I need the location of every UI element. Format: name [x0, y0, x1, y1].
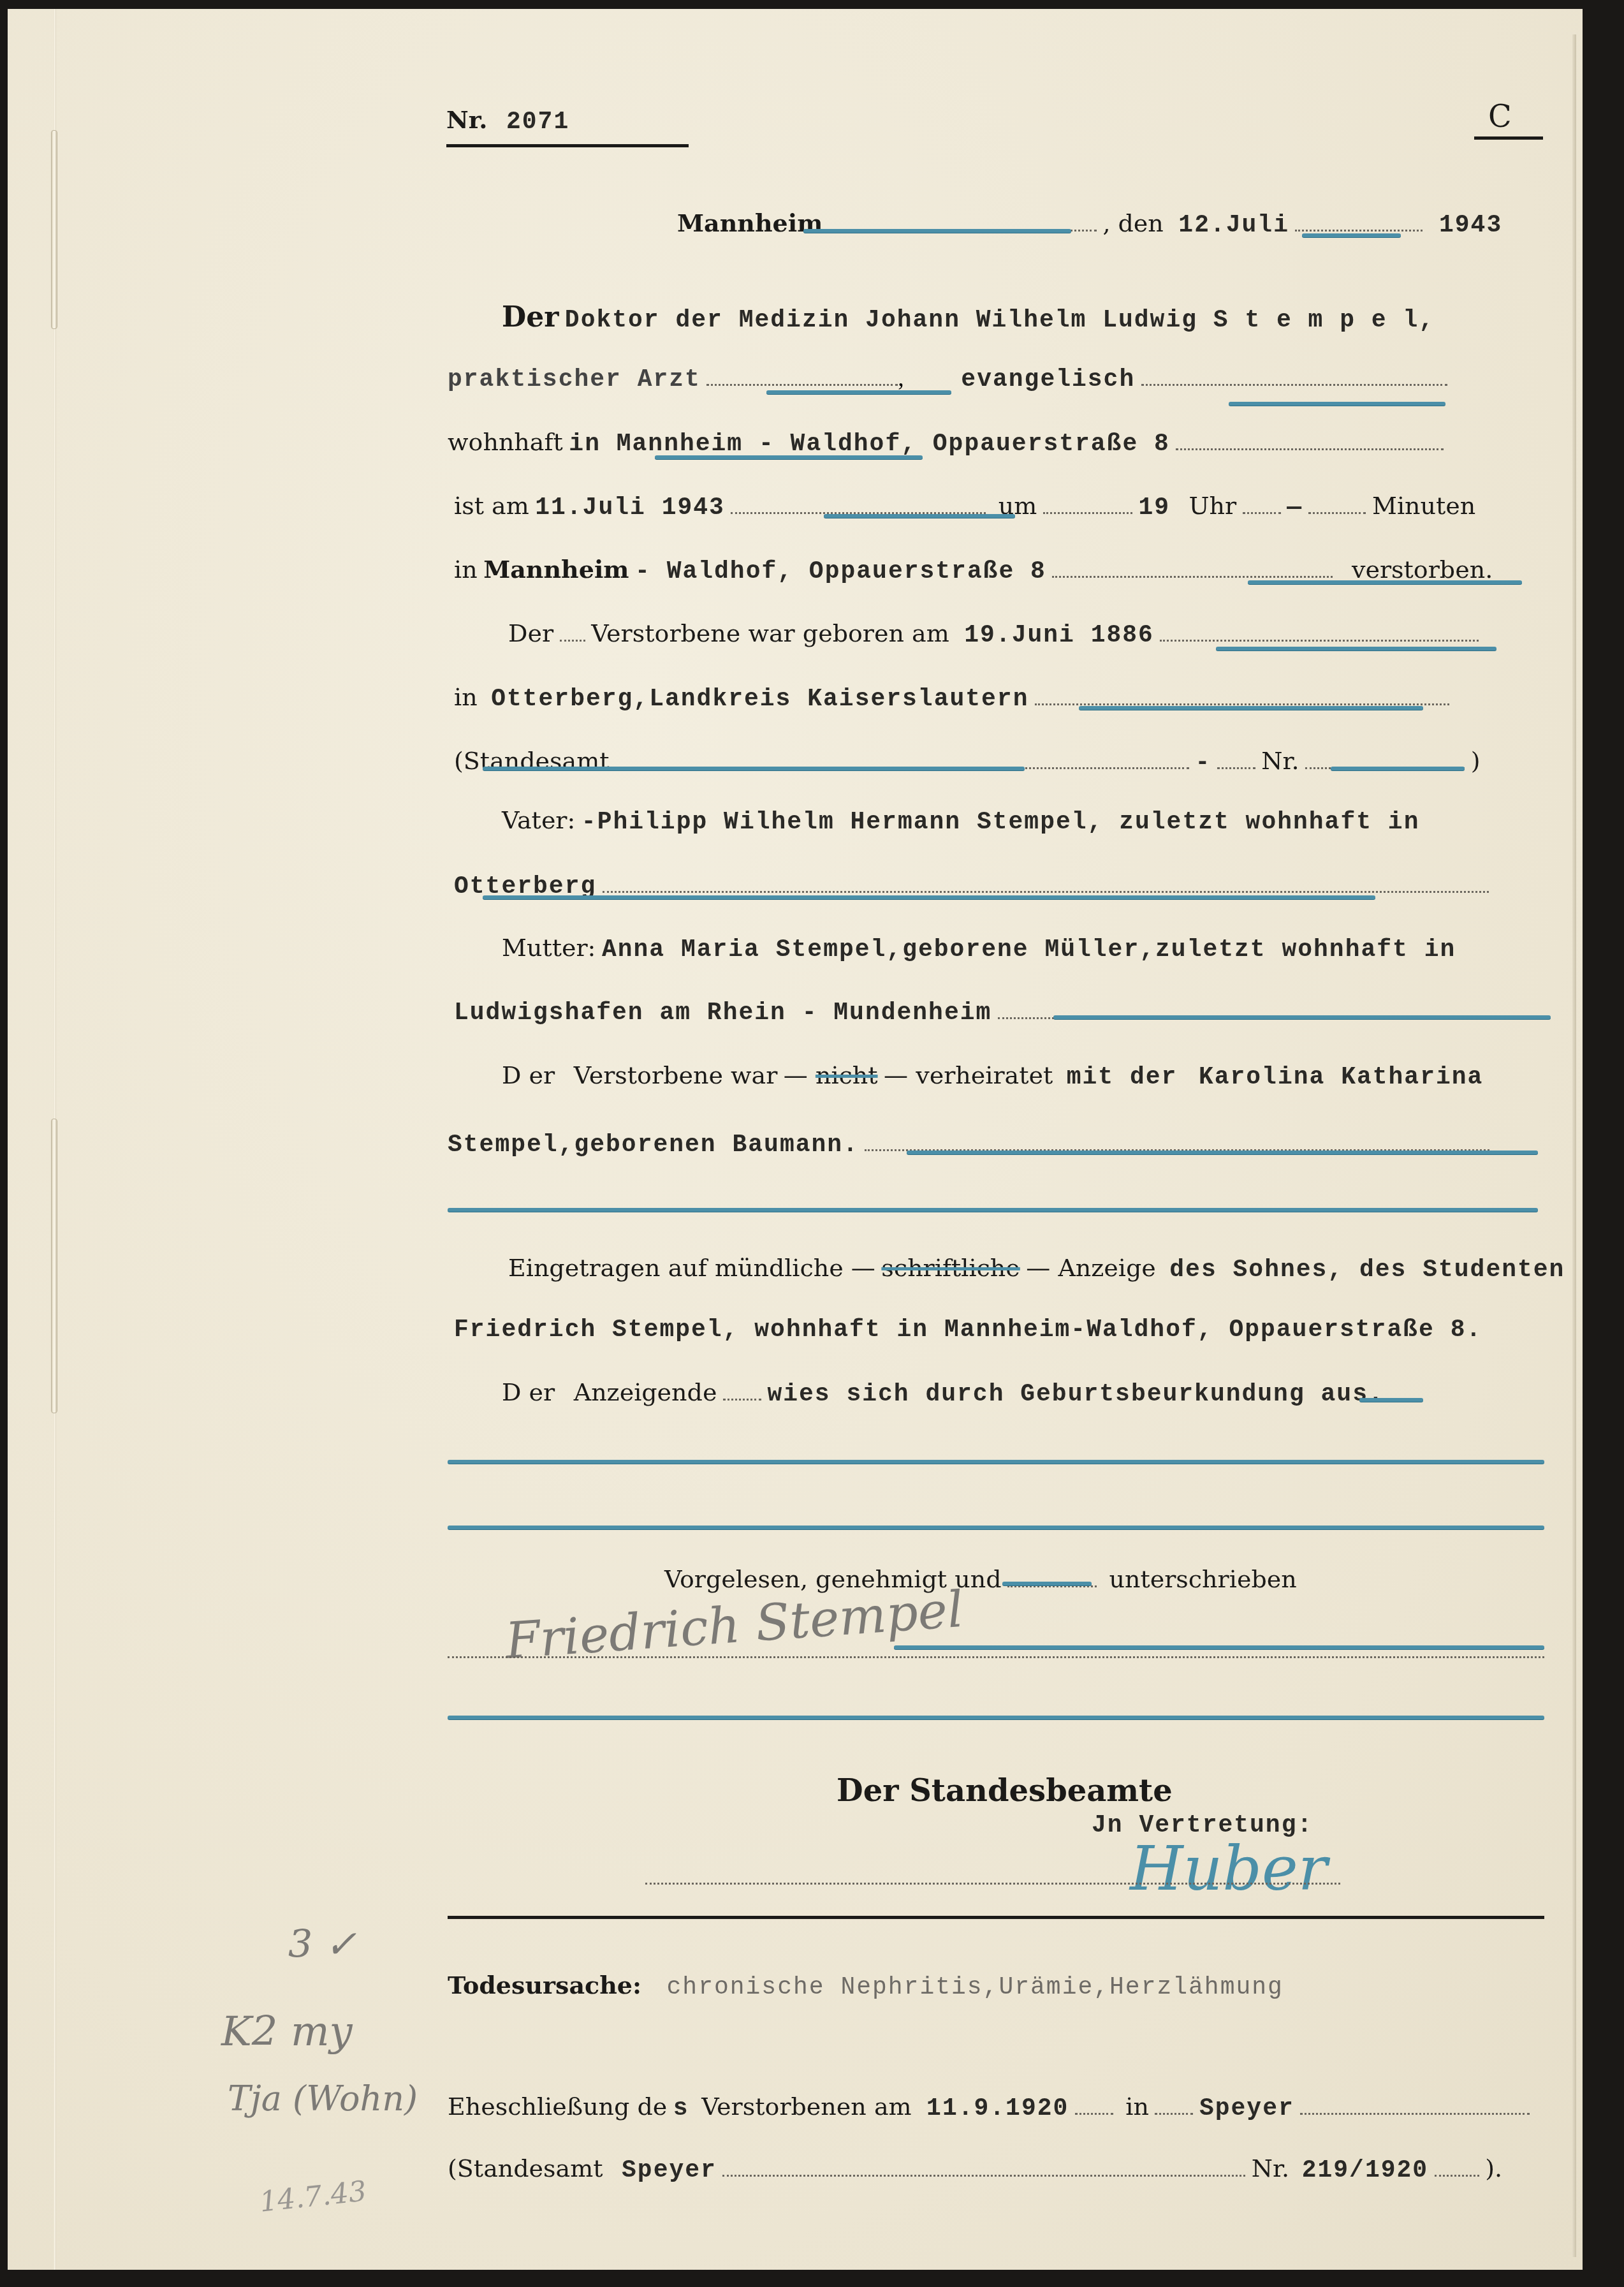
blue-strike — [448, 1716, 1544, 1719]
death-hour: 19 — [1138, 494, 1170, 522]
standesamt-label: (Standesamt — [448, 2154, 603, 2182]
blue-strike — [1079, 706, 1423, 710]
register-underline — [1474, 136, 1543, 140]
nicht-struck: nicht — [816, 1061, 878, 1089]
blue-strike — [1331, 767, 1465, 770]
blue-strike — [766, 390, 951, 394]
informant-detail-line: Friedrich Stempel, wohnhaft in Mannheim-… — [454, 1313, 1482, 1346]
mit-label: mit der — [1067, 1064, 1178, 1091]
official-signature: Huber — [1130, 1833, 1328, 1904]
birth-standesamt-line: (Standesamt - Nr. ) — [454, 746, 1481, 779]
informant-name-address: Friedrich Stempel, wohnhaft in Mannheim-… — [454, 1316, 1482, 1344]
marriage-date: 11.9.1920 — [926, 2095, 1069, 2122]
spouse-name: Karolina Katharina — [1199, 1064, 1483, 1091]
residence-line: wohnhaft in Mannheim - Waldhof, Oppauers… — [448, 427, 1444, 460]
blue-strike — [894, 1645, 1544, 1649]
nr-label: Nr. — [1252, 2154, 1289, 2182]
verstorben-label: verstorben. — [1352, 555, 1493, 584]
blue-strike — [448, 1460, 1544, 1464]
blue-strike — [448, 1526, 1544, 1529]
marriage-record-line: Eheschließung de s Verstorbenen am 11.9.… — [448, 2091, 1530, 2124]
blue-strike — [1002, 1582, 1092, 1585]
verheiratet-label: verheiratet — [916, 1061, 1053, 1089]
binding-stitch — [51, 130, 57, 329]
ist-am-label: ist am — [454, 492, 529, 520]
anzeige-label: — Anzeige — [1026, 1254, 1155, 1282]
deceased-name-line: Der Doktor der Medizin Johann Wilhelm Lu… — [502, 302, 1435, 336]
record-year: 1943 — [1439, 212, 1502, 239]
der-label: Der — [502, 301, 559, 334]
deceased-name: Doktor der Medizin Johann Wilhelm Ludwig… — [565, 307, 1435, 334]
marriage-standesamt-line: (Standesamt Speyer Nr. 219/1920 ). — [448, 2153, 1502, 2186]
blue-strike — [1229, 402, 1445, 406]
death-date: 11.Juli 1943 — [535, 494, 725, 522]
residence: in Mannheim - Waldhof, Oppauerstraße 8 — [569, 430, 1170, 458]
standesamt-value: - — [1196, 749, 1211, 777]
blue-strike — [907, 1151, 1538, 1154]
nr-label: Nr. — [446, 105, 488, 134]
marriage-place: Speyer — [1199, 2095, 1294, 2122]
death-datetime-line: ist am 11.Juli 1943 um 19 Uhr — Minuten — [454, 490, 1475, 524]
religion: evangelisch — [961, 366, 1135, 393]
mother-residence-line: Ludwigshafen am Rhein - Mundenheim — [454, 996, 1463, 1029]
nr-label: Nr. — [1261, 747, 1299, 775]
minuten-label: Minuten — [1372, 492, 1475, 520]
birth-date: 19.Juni 1886 — [964, 622, 1154, 649]
blue-strike — [1359, 1398, 1423, 1402]
blue-strike — [1053, 1015, 1551, 1019]
cause-label: Todesursache: — [448, 1971, 641, 1999]
nr-value: 2071 — [506, 108, 569, 136]
birth-place: Otterberg,Landkreis Kaiserslautern — [491, 686, 1028, 713]
occupation: praktischer Arzt — [448, 366, 701, 393]
nr-underline — [446, 144, 689, 147]
register-page: Nr. 2071 C Mannheim , den 12.Juli 1943 D… — [8, 9, 1583, 2270]
record-date: 12.Juli — [1178, 212, 1289, 239]
death-minutes: — — [1287, 494, 1303, 522]
eingetragen-label: Eingetragen auf mündliche — — [508, 1254, 875, 1282]
informant-relation: des Sohnes, des Studenten — [1169, 1256, 1565, 1284]
identification-line: D er Anzeigende wies sich durch Geburtsb… — [502, 1377, 1384, 1410]
cause-of-death-line: Todesursache: chronische Nephritis,Urämi… — [448, 1970, 1284, 2003]
marital-status-line: D er Verstorbene war — nicht — verheirat… — [502, 1060, 1483, 1093]
register-letter: C — [1488, 101, 1512, 132]
der-label: D er — [502, 1378, 555, 1406]
born-label: Verstorbene war geboren am — [591, 619, 949, 647]
marriage-nr: 219/1920 — [1302, 2157, 1428, 2184]
death-place-rest: - Waldhof, Oppauerstraße 8 — [635, 558, 1046, 585]
der-label: Der — [508, 619, 553, 647]
section-divider — [448, 1916, 1544, 1919]
margin-note: Tja (Wohn) — [228, 2078, 418, 2119]
margin-note-date: 14.7.43 — [258, 2175, 368, 2218]
schriftliche-struck: schriftliche — [881, 1254, 1020, 1282]
mother-name: Anna Maria Stempel,geborene Müller,zulet… — [602, 936, 1456, 964]
page-edge — [1572, 34, 1576, 2257]
father-line: Vater: -Philipp Wilhelm Hermann Stempel,… — [502, 805, 1419, 838]
death-place-city: Mannheim — [483, 555, 629, 584]
entry-number: Nr. 2071 — [446, 105, 569, 138]
blue-strike — [1216, 647, 1496, 651]
marriage-standesamt: Speyer — [622, 2157, 717, 2184]
vorgelesen-line: Vorgelesen, genehmigt und unterschrieben — [664, 1564, 1297, 1595]
der-label: D er — [502, 1061, 555, 1089]
mother-residence: Ludwigshafen am Rhein - Mundenheim — [454, 999, 991, 1027]
blue-strike — [483, 895, 1375, 899]
in-label: in — [1125, 2092, 1149, 2121]
in-label: in — [454, 683, 478, 711]
blue-strike — [824, 514, 1015, 518]
margin-note: 3 ✓ — [288, 1922, 357, 1967]
wohnhaft-label: wohnhaft — [448, 428, 563, 456]
blue-strike — [803, 229, 1071, 233]
spouse-line: Stempel,geborenen Baumann. — [448, 1128, 1489, 1161]
margin-note: K2 my — [221, 2008, 353, 2055]
marriage-label: Eheschließung de — [448, 2092, 667, 2121]
den-label: , den — [1102, 209, 1163, 237]
vater-label: Vater: — [502, 806, 575, 834]
marriage-label-rest: Verstorbenen am — [701, 2092, 911, 2121]
spouse-surname: Stempel,geborenen Baumann. — [448, 1131, 859, 1159]
cause-of-death: chronische Nephritis,Urämie,Herzlähmung — [667, 1974, 1284, 2001]
standesamt-label: (Standesamt — [454, 747, 610, 775]
mother-line: Mutter: Anna Maria Stempel,geborene Müll… — [502, 932, 1456, 966]
father-name: -Philipp Wilhelm Hermann Stempel, zuletz… — [582, 809, 1420, 836]
blue-strike — [655, 455, 923, 459]
uhr-label: Uhr — [1189, 492, 1236, 520]
identification: wies sich durch Geburtsbeurkundung aus. — [767, 1381, 1384, 1408]
birth-place-line: in Otterberg,Landkreis Kaiserslautern — [454, 682, 1449, 715]
official-title: Der Standesbeamte — [837, 1776, 1173, 1806]
blue-strike — [448, 1208, 1538, 1212]
verstorbene-label: Verstorbene war — [574, 1061, 778, 1089]
blue-strike — [1302, 233, 1401, 237]
mutter-label: Mutter: — [502, 934, 596, 962]
informant-line: Eingetragen auf mündliche — schriftliche… — [508, 1253, 1565, 1286]
place: Mannheim — [677, 209, 823, 237]
in-label: in — [454, 555, 478, 584]
anzeigende-label: Anzeigende — [574, 1378, 717, 1406]
unterschrieben-label: unterschrieben — [1109, 1565, 1296, 1593]
binding-stitch — [51, 1119, 57, 1413]
blue-strike — [1248, 580, 1522, 584]
blue-strike — [483, 767, 1025, 770]
